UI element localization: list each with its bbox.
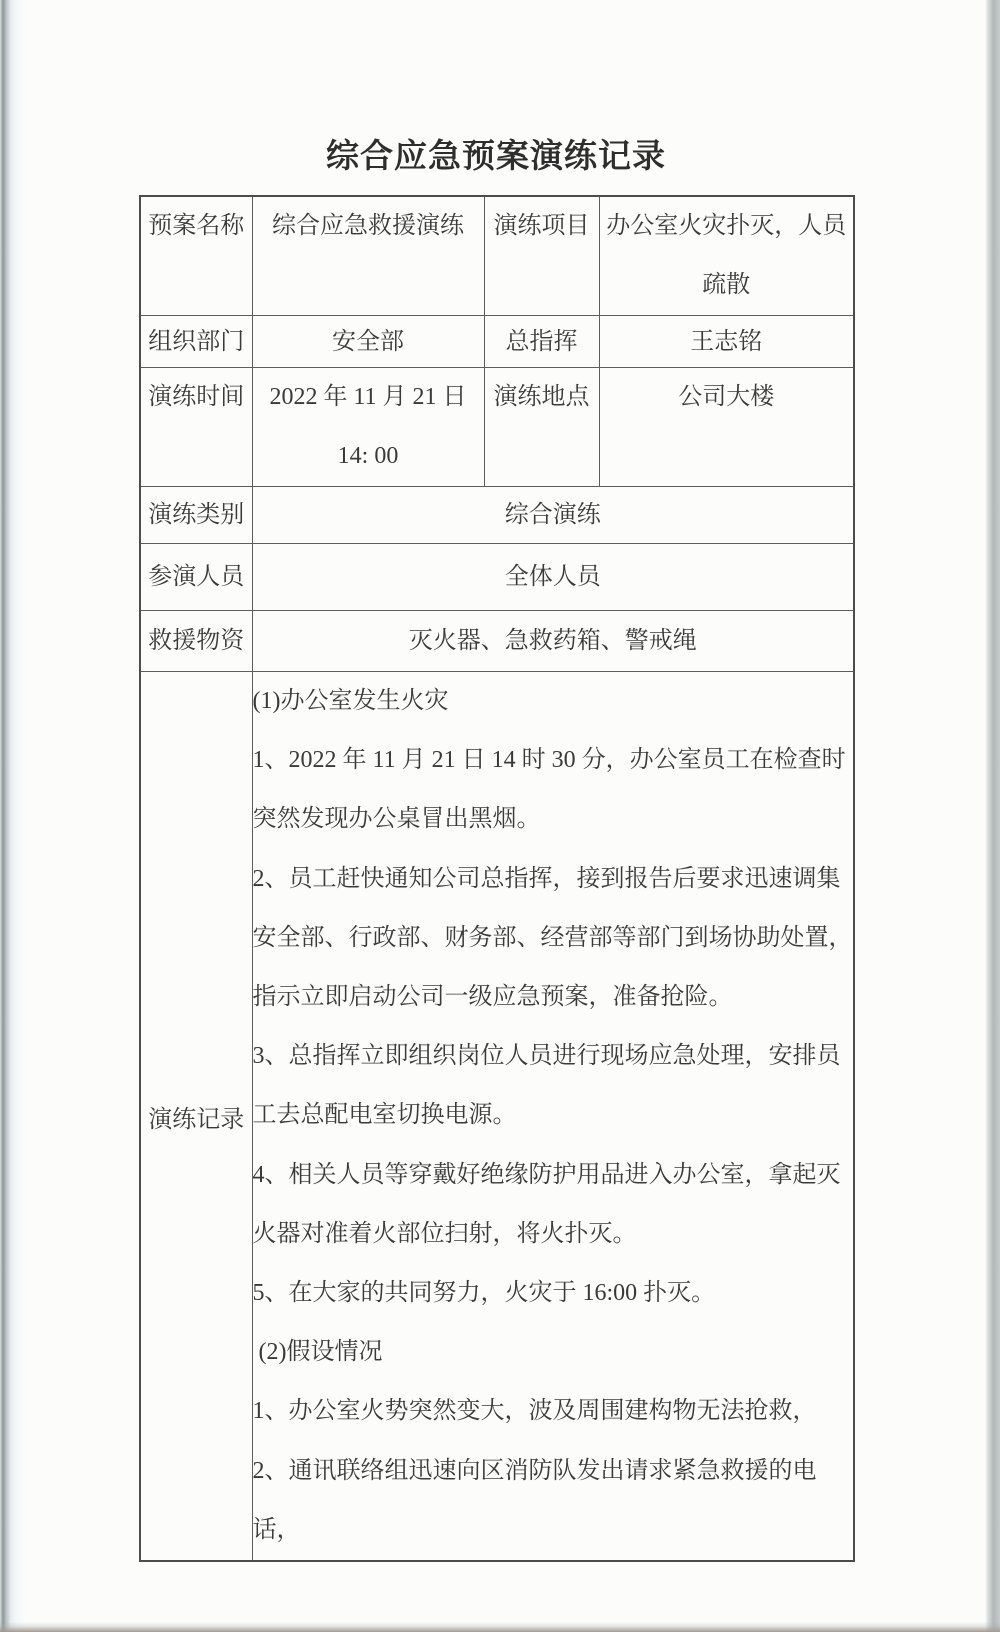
record-line: 5、在大家的共同努力，火灾于 16:00 扑灭。 [253, 1264, 854, 1323]
record-line: 3、总指挥立即组织岗位人员进行现场应急处理，安排员 [253, 1027, 854, 1086]
record-line: 1、2022 年 11 月 21 日 14 时 30 分，办公室员工在检查时 [253, 731, 854, 790]
record-line: 4、相关人员等穿戴好绝缘防护用品进入办公室，拿起灭 [253, 1146, 854, 1205]
org-department-value: 安全部 [252, 316, 484, 368]
record-line: 火器对准着火部位扫射，将火扑灭。 [253, 1205, 854, 1264]
document-title: 综合应急预案演练记录 [139, 130, 853, 177]
drill-record-label: 演练记录 [140, 672, 252, 1562]
drill-time-label: 演练时间 [140, 368, 252, 487]
scan-edge-bottom [0, 1622, 1000, 1632]
record-line: (2)假设情况 [253, 1323, 854, 1382]
scanned-document-page: { "document": { "title": "综合应急预案演练记录" },… [0, 0, 1000, 1632]
table-row: 组织部门 安全部 总指挥 王志铭 [140, 316, 854, 368]
record-line: 2、员工赶快通知公司总指挥，接到报告后要求迅速调集 [253, 850, 854, 909]
drill-location-value: 公司大楼 [599, 368, 854, 487]
drill-item-label: 演练项目 [484, 196, 599, 316]
chief-commander-value: 王志铭 [599, 316, 854, 368]
record-line: (1)办公室发生火灾 [253, 672, 854, 731]
drill-category-value: 综合演练 [252, 487, 854, 544]
record-line: 工去总配电室切换电源。 [253, 1086, 854, 1145]
table-row: 演练类别 综合演练 [140, 487, 854, 544]
drill-record-table: 预案名称 综合应急救援演练 演练项目 办公室火灾扑灭，人员 疏散 组织部门 安全… [139, 195, 855, 1562]
record-line: 指示立即启动公司一级应急预案，准备抢险。 [253, 968, 854, 1027]
record-line: 突然发现办公桌冒出黑烟。 [253, 790, 854, 849]
participants-label: 参演人员 [140, 544, 252, 611]
rescue-supplies-label: 救援物资 [140, 611, 252, 672]
drill-time-value: 2022 年 11 月 21 日 14: 00 [252, 368, 484, 487]
participants-value: 全体人员 [252, 544, 854, 611]
table-row: 演练时间 2022 年 11 月 21 日 14: 00 演练地点 公司大楼 [140, 368, 854, 487]
scan-edge-right [985, 0, 1000, 1632]
drill-location-label: 演练地点 [484, 368, 599, 487]
drill-category-label: 演练类别 [140, 487, 252, 544]
org-department-label: 组织部门 [140, 316, 252, 368]
drill-record-content: (1)办公室发生火灾 1、2022 年 11 月 21 日 14 时 30 分，… [252, 672, 854, 1562]
record-line: 2、通讯联络组迅速向区消防队发出请求紧急救援的电话， [253, 1442, 854, 1560]
chief-commander-label: 总指挥 [484, 316, 599, 368]
record-line: 1、办公室火势突然变大，波及周围建构物无法抢救， [253, 1382, 854, 1441]
drill-item-value: 办公室火灾扑灭，人员 疏散 [599, 196, 854, 316]
rescue-supplies-value: 灭火器、急救药箱、警戒绳 [252, 611, 854, 672]
table-row: 演练记录 (1)办公室发生火灾 1、2022 年 11 月 21 日 14 时 … [140, 672, 854, 1562]
table-row: 参演人员 全体人员 [140, 544, 854, 611]
table-row: 预案名称 综合应急救援演练 演练项目 办公室火灾扑灭，人员 疏散 [140, 196, 854, 316]
scan-edge-left [0, 0, 26, 1632]
record-line: 安全部、行政部、财务部、经营部等部门到场协助处置， [253, 909, 854, 968]
plan-name-value: 综合应急救援演练 [252, 196, 484, 316]
plan-name-label: 预案名称 [140, 196, 252, 316]
table-row: 救援物资 灭火器、急救药箱、警戒绳 [140, 611, 854, 672]
